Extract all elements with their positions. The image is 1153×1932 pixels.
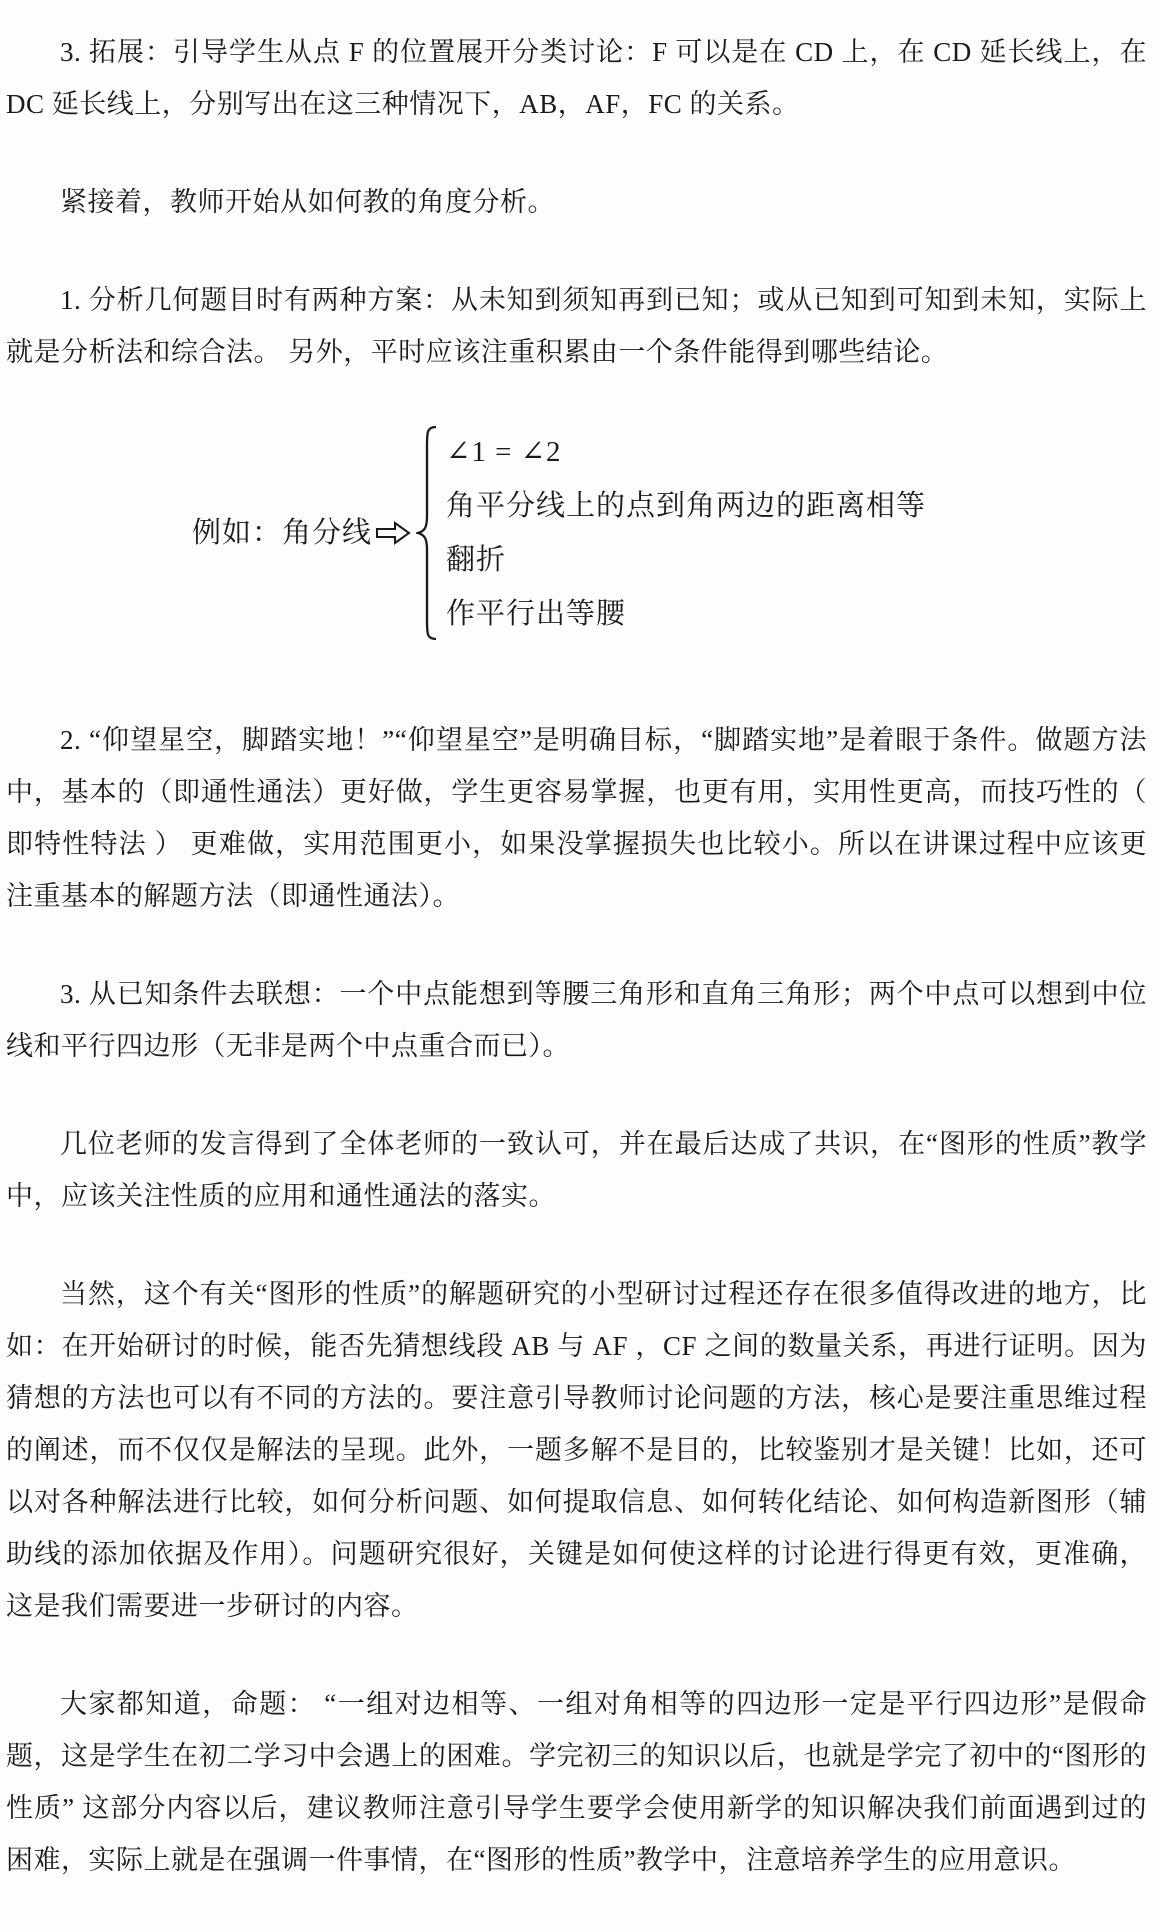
paragraph-consensus: 几位老师的发言得到了全体老师的一致认可，并在最后达成了共识，在“图形的性质”教学… <box>6 1118 1147 1222</box>
left-brace-icon <box>416 424 440 642</box>
paragraph-conclusion: 大家都知道，命题： “一组对边相等、一组对角相等的四边形一定是平行四边形”是假命… <box>6 1678 1147 1886</box>
document-page: 3. 拓展：引导学生从点 F 的位置展开分类讨论：F 可以是在 CD 上，在 C… <box>0 0 1153 1932</box>
diagram-item-fold: 翻折 <box>446 533 926 587</box>
diagram-example-label: 例如：角分线 <box>192 507 372 559</box>
diagram-item-parallel-isosceles: 作平行出等腰 <box>446 587 926 641</box>
paragraph-transition: 紧接着，教师开始从如何教的角度分析。 <box>6 176 1147 228</box>
paragraph-method-3: 3. 从已知条件去联想：一个中点能想到等腰三角形和直角三角形；两个中点可以想到中… <box>6 968 1147 1072</box>
paragraph-method-1: 1. 分析几何题目时有两种方案：从未知到须知再到已知；或从已知到可知到未知，实际… <box>6 274 1147 378</box>
angle-bisector-diagram: 例如：角分线 ∠1 = ∠2 角平分线上的点到角两边的距离相等 翻折 作平行出等… <box>192 424 1147 642</box>
paragraph-point3-extension: 3. 拓展：引导学生从点 F 的位置展开分类讨论：F 可以是在 CD 上，在 C… <box>6 26 1147 130</box>
diagram-item-distance-equal: 角平分线上的点到角两边的距离相等 <box>446 479 926 533</box>
right-white-arrow-icon <box>374 520 412 546</box>
diagram-item-angle-equality: ∠1 = ∠2 <box>446 425 926 479</box>
paragraph-method-2: 2. “仰望星空，脚踏实地！”“仰望星空”是明确目标，“脚踏实地”是着眼于条件。… <box>6 714 1147 922</box>
paragraph-reflection: 当然，这个有关“图形的性质”的解题研究的小型研讨过程还存在很多值得改进的地方，比… <box>6 1268 1147 1632</box>
diagram-item-list: ∠1 = ∠2 角平分线上的点到角两边的距离相等 翻折 作平行出等腰 <box>446 425 926 641</box>
